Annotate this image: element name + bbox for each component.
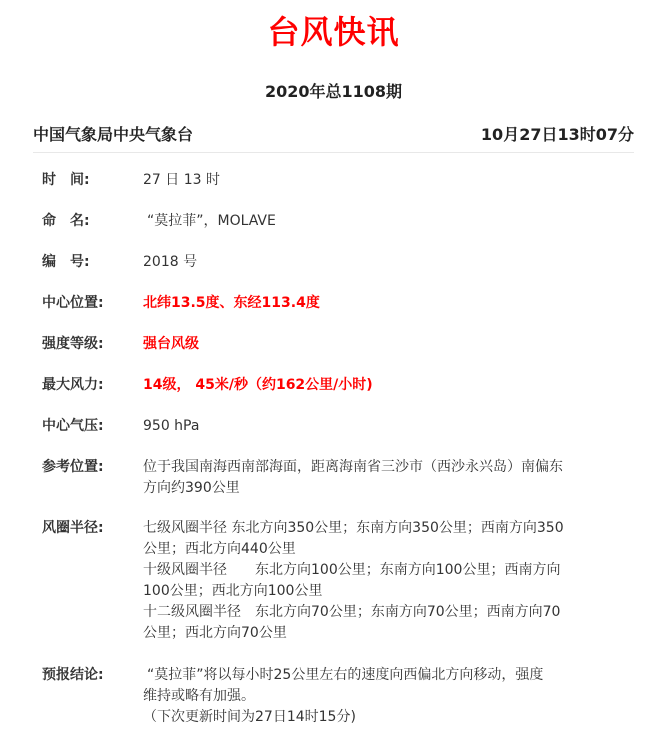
field-value: 950 hPa (143, 416, 639, 437)
bulletin-header: 中国气象局中央气象台 10月27日13时07分 (33, 123, 634, 147)
value-line: 位于我国南海西南部海面，距离海南省三沙市（西沙永兴岛）南偏东 (143, 457, 639, 478)
field-label: 时 间: (42, 170, 142, 191)
page-title: 台风快讯 (0, 12, 667, 52)
field-label: 编 号: (42, 252, 142, 273)
field-label: 风圈半径: (42, 518, 142, 539)
field-value: “莫拉菲”将以每小时25公里左右的速度向西偏北方向移动，强度 维持或略有加强。 … (143, 665, 639, 728)
value-line: 公里；西北方向70公里 (143, 623, 639, 644)
value-line: 公里；西北方向440公里 (143, 539, 639, 560)
divider (33, 152, 634, 153)
field-value: 位于我国南海西南部海面，距离海南省三沙市（西沙永兴岛）南偏东 方向约390公里 (143, 457, 639, 499)
field-label: 预报结论: (42, 665, 142, 686)
field-value: 北纬13.5度、东经113.4度 (143, 293, 639, 314)
value-line: 100公里；西北方向100公里 (143, 581, 639, 602)
issue-datetime: 10月27日13时07分 (481, 123, 634, 147)
field-label: 中心位置: (42, 293, 142, 314)
field-value: 2018 号 (143, 252, 639, 273)
value-line: 十级风圈半径 东北方向100公里；东南方向100公里；西南方向 (143, 560, 639, 581)
value-line: “莫拉菲”将以每小时25公里左右的速度向西偏北方向移动，强度 (143, 665, 639, 686)
value-line: 七级风圈半径 东北方向350公里；东南方向350公里；西南方向350 (143, 518, 639, 539)
field-label: 参考位置: (42, 457, 142, 478)
field-value: 七级风圈半径 东北方向350公里；东南方向350公里；西南方向350 公里；西北… (143, 518, 639, 644)
field-label: 强度等级: (42, 334, 142, 355)
field-label: 中心气压: (42, 416, 142, 437)
issue-number: 2020年总1108期 (0, 80, 667, 104)
field-value: 27 日 13 时 (143, 170, 639, 191)
value-line: （下次更新时间为27日14时15分) (143, 707, 639, 728)
field-value: 强台风级 (143, 334, 639, 355)
value-line: 维持或略有加强。 (143, 686, 639, 707)
value-line: 方向约390公里 (143, 478, 639, 499)
value-line: 十二级风圈半径 东北方向70公里；东南方向70公里；西南方向70 (143, 602, 639, 623)
field-label: 命 名: (42, 211, 142, 232)
field-value: “莫拉菲”，MOLAVE (147, 211, 639, 232)
agency-name: 中国气象局中央气象台 (33, 123, 193, 147)
field-value: 14级， 45米/秒（约162公里/小时) (143, 375, 639, 396)
field-label: 最大风力: (42, 375, 142, 396)
